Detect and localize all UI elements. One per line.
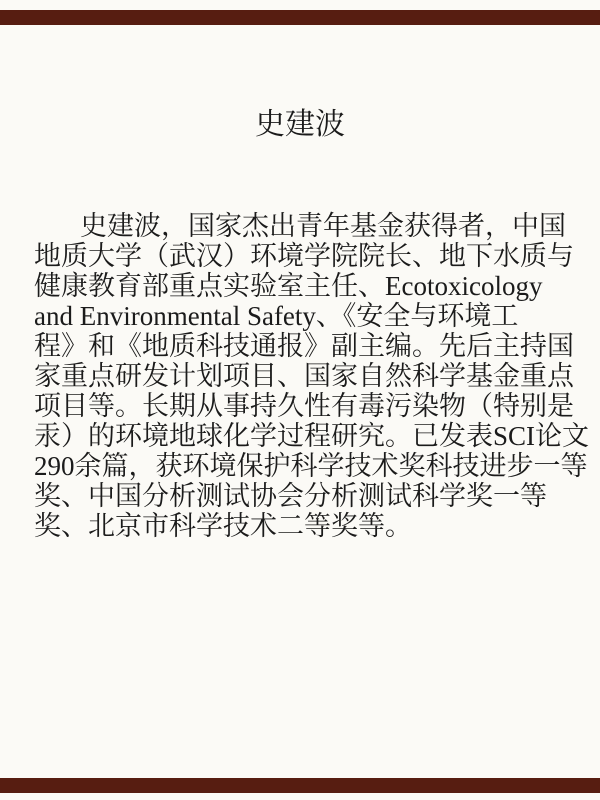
bio-line: 地质大学（武汉）环境学院院长、地下水质与: [34, 241, 580, 271]
bio-line: 奖、中国分析测试协会分析测试科学奖一等: [34, 481, 580, 511]
bottom-accent-bar: [0, 778, 600, 793]
bio-line: 奖、北京市科学技术二等奖等。: [34, 511, 580, 541]
bio-line: 290余篇，获环境保护科学技术奖科技进步一等: [34, 451, 580, 481]
bio-line: and Environmental Safety、《安全与环境工: [34, 301, 580, 331]
top-accent-bar: [0, 10, 600, 25]
bio-line: 史建波，国家杰出青年基金获得者，中国: [34, 211, 580, 241]
bio-line: 程》和《地质科技通报》副主编。先后主持国: [34, 331, 580, 361]
bio-line: 项目等。长期从事持久性有毒污染物（特别是: [34, 391, 580, 421]
bio-paragraph: 史建波，国家杰出青年基金获得者，中国 地质大学（武汉）环境学院院长、地下水质与 …: [34, 211, 580, 541]
page-title: 史建波: [0, 108, 600, 142]
bio-line: 家重点研发计划项目、国家自然科学基金重点: [34, 361, 580, 391]
bio-line: 汞）的环境地球化学过程研究。已发表SCI论文: [34, 421, 580, 451]
document-page: 史建波 史建波，国家杰出青年基金获得者，中国 地质大学（武汉）环境学院院长、地下…: [0, 0, 600, 800]
bio-line: 健康教育部重点实验室主任、Ecotoxicology: [34, 271, 580, 301]
